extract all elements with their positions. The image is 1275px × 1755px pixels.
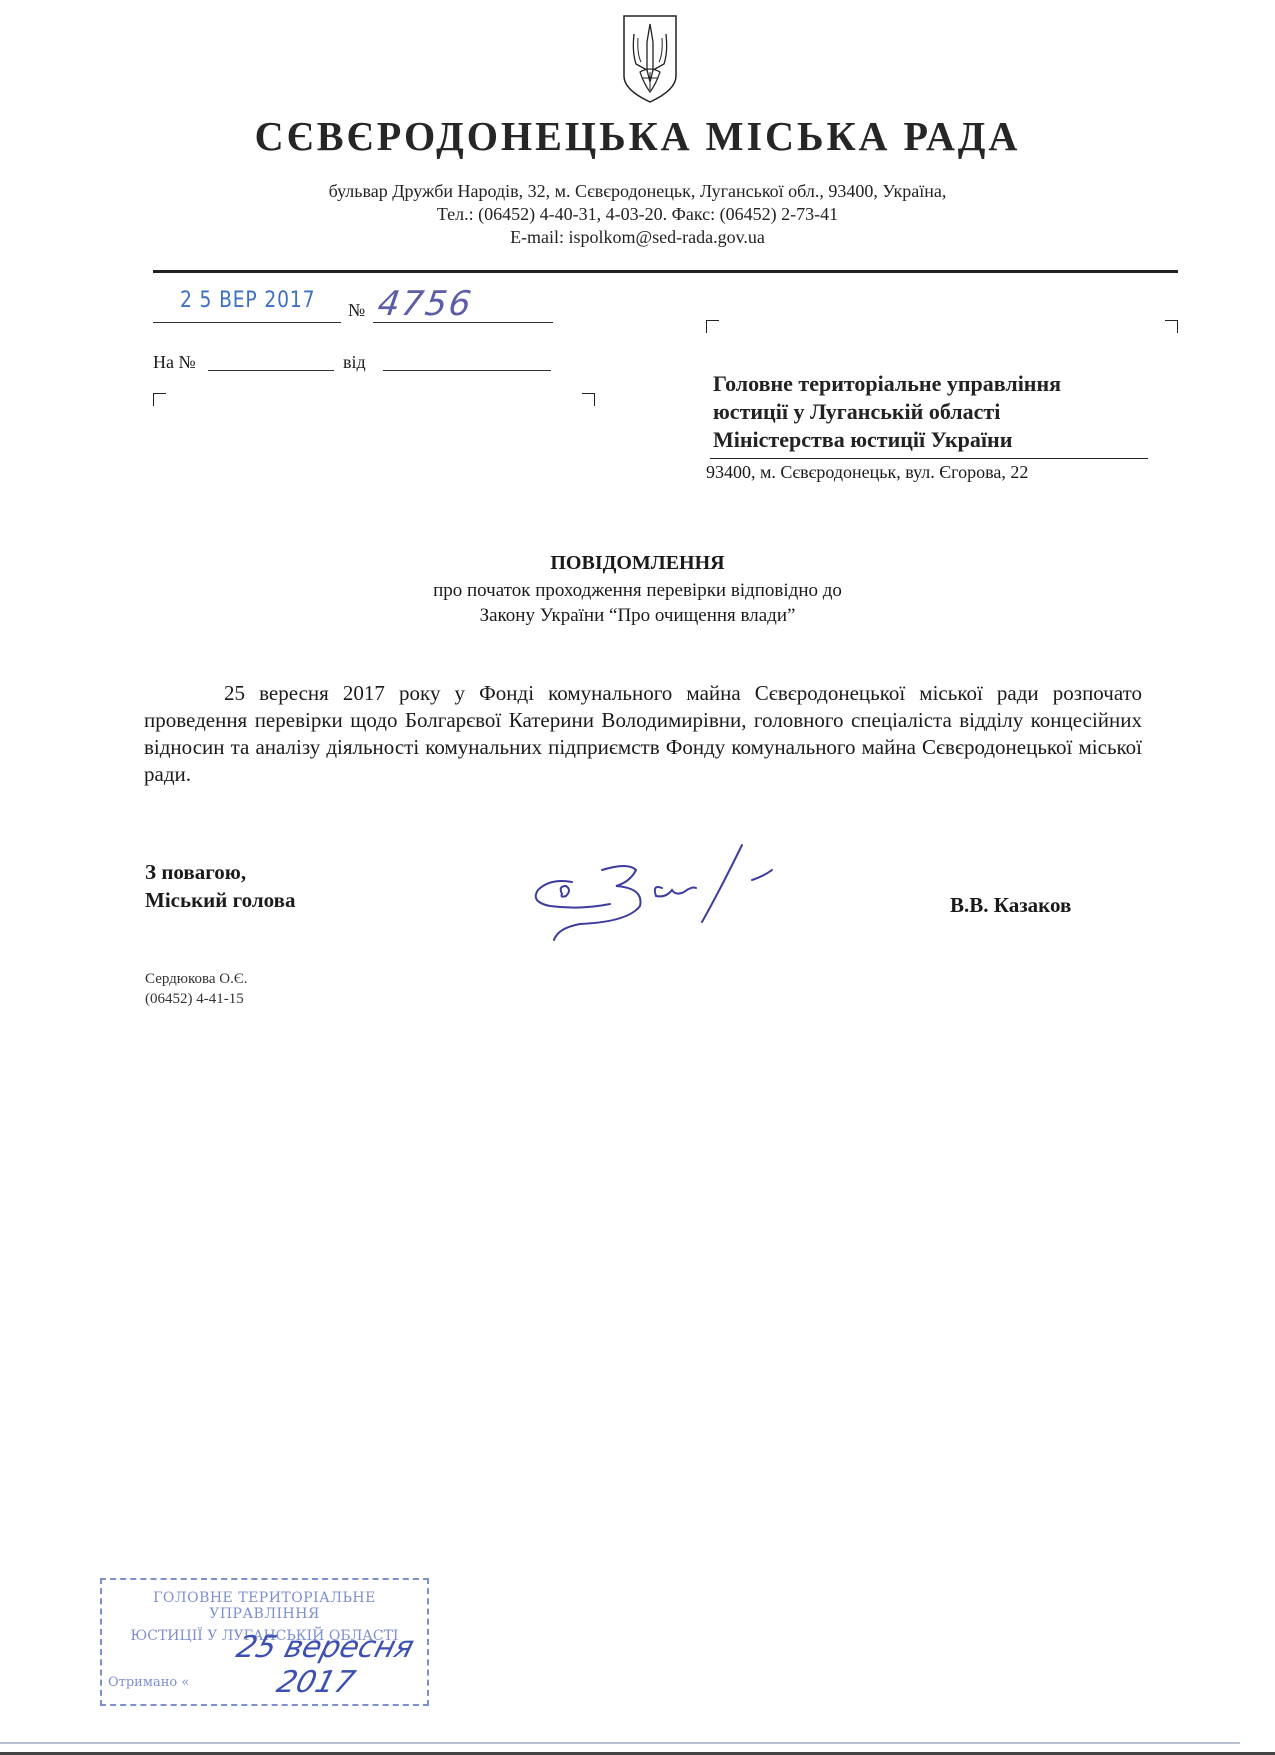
left-block-corner-tl — [153, 393, 166, 406]
address-line: бульвар Дружби Народів, 32, м. Сєвєродон… — [0, 180, 1275, 203]
stamp-line-1: ГОЛОВНЕ ТЕРИТОРІАЛЬНЕ УПРАВЛІННЯ — [102, 1590, 427, 1622]
addressee-underline — [710, 458, 1148, 459]
addressee-block: Головне територіальне управління юстиції… — [713, 370, 1061, 454]
notice-subtitle-line-1: про початок проходження перевірки відпов… — [0, 578, 1275, 603]
reply-date-underline — [383, 370, 551, 371]
scan-artifact-line — [0, 1742, 1240, 1744]
notice-body: 25 вересня 2017 року у Фонді комунальног… — [144, 680, 1142, 788]
notice-title: ПОВІДОМЛЕННЯ — [0, 552, 1275, 575]
address-block-corner-tr — [1165, 320, 1178, 333]
addressee-address: 93400, м. Сєвєродонецьк, вул. Єгорова, 2… — [706, 462, 1028, 483]
closing-phrase: З повагою, — [145, 858, 295, 886]
signer-position: Міський голова — [145, 886, 295, 914]
email-line: E-mail: ispolkom@sed-rada.gov.ua — [0, 226, 1275, 249]
number-label: № — [348, 300, 365, 321]
coat-of-arms-icon — [620, 12, 680, 104]
registration-date-stamp: 2 5 ВЕР 2017 — [180, 288, 315, 313]
notice-subtitle-line-2: Закону України “Про очищення влади” — [0, 603, 1275, 628]
executor-block: Сердюкова О.Є. (06452) 4-41-15 — [145, 969, 248, 1009]
notice-subtitle: про початок проходження перевірки відпов… — [0, 578, 1275, 628]
letterhead-contacts: бульвар Дружби Народів, 32, м. Сєвєродон… — [0, 180, 1275, 249]
organization-title: СЄВЄРОДОНЕЦЬКА МІСЬКА РАДА — [13, 112, 1263, 160]
letterhead-divider — [153, 270, 1178, 273]
stamp-handwritten-date: 25 вересня 2017 — [205, 1630, 437, 1700]
date-underline — [153, 322, 341, 323]
received-stamp: ГОЛОВНЕ ТЕРИТОРІАЛЬНЕ УПРАВЛІННЯ ЮСТИЦІЇ… — [100, 1578, 429, 1706]
reply-number-underline — [208, 370, 334, 371]
addressee-line-3: Міністерства юстиції України — [713, 426, 1061, 454]
reply-to-label: На № — [153, 352, 196, 373]
address-block-corner-tl — [706, 320, 719, 333]
addressee-line-2: юстиції у Луганській області — [713, 398, 1061, 426]
left-block-corner-tr — [582, 393, 595, 406]
registration-number: 4756 — [375, 284, 475, 324]
executor-phone: (06452) 4-41-15 — [145, 989, 248, 1009]
handwritten-signature-icon — [520, 840, 850, 950]
addressee-line-1: Головне територіальне управління — [713, 370, 1061, 398]
number-underline — [373, 322, 553, 323]
reply-from-label: від — [343, 352, 366, 373]
signer-name: В.В. Казаков — [950, 893, 1071, 918]
stamp-line-3: Отримано « — [108, 1675, 189, 1690]
executor-name: Сердюкова О.Є. — [145, 969, 248, 989]
signature-block: З повагою, Міський голова — [145, 858, 295, 914]
phone-line: Тел.: (06452) 4-40-31, 4-03-20. Факс: (0… — [0, 203, 1275, 226]
